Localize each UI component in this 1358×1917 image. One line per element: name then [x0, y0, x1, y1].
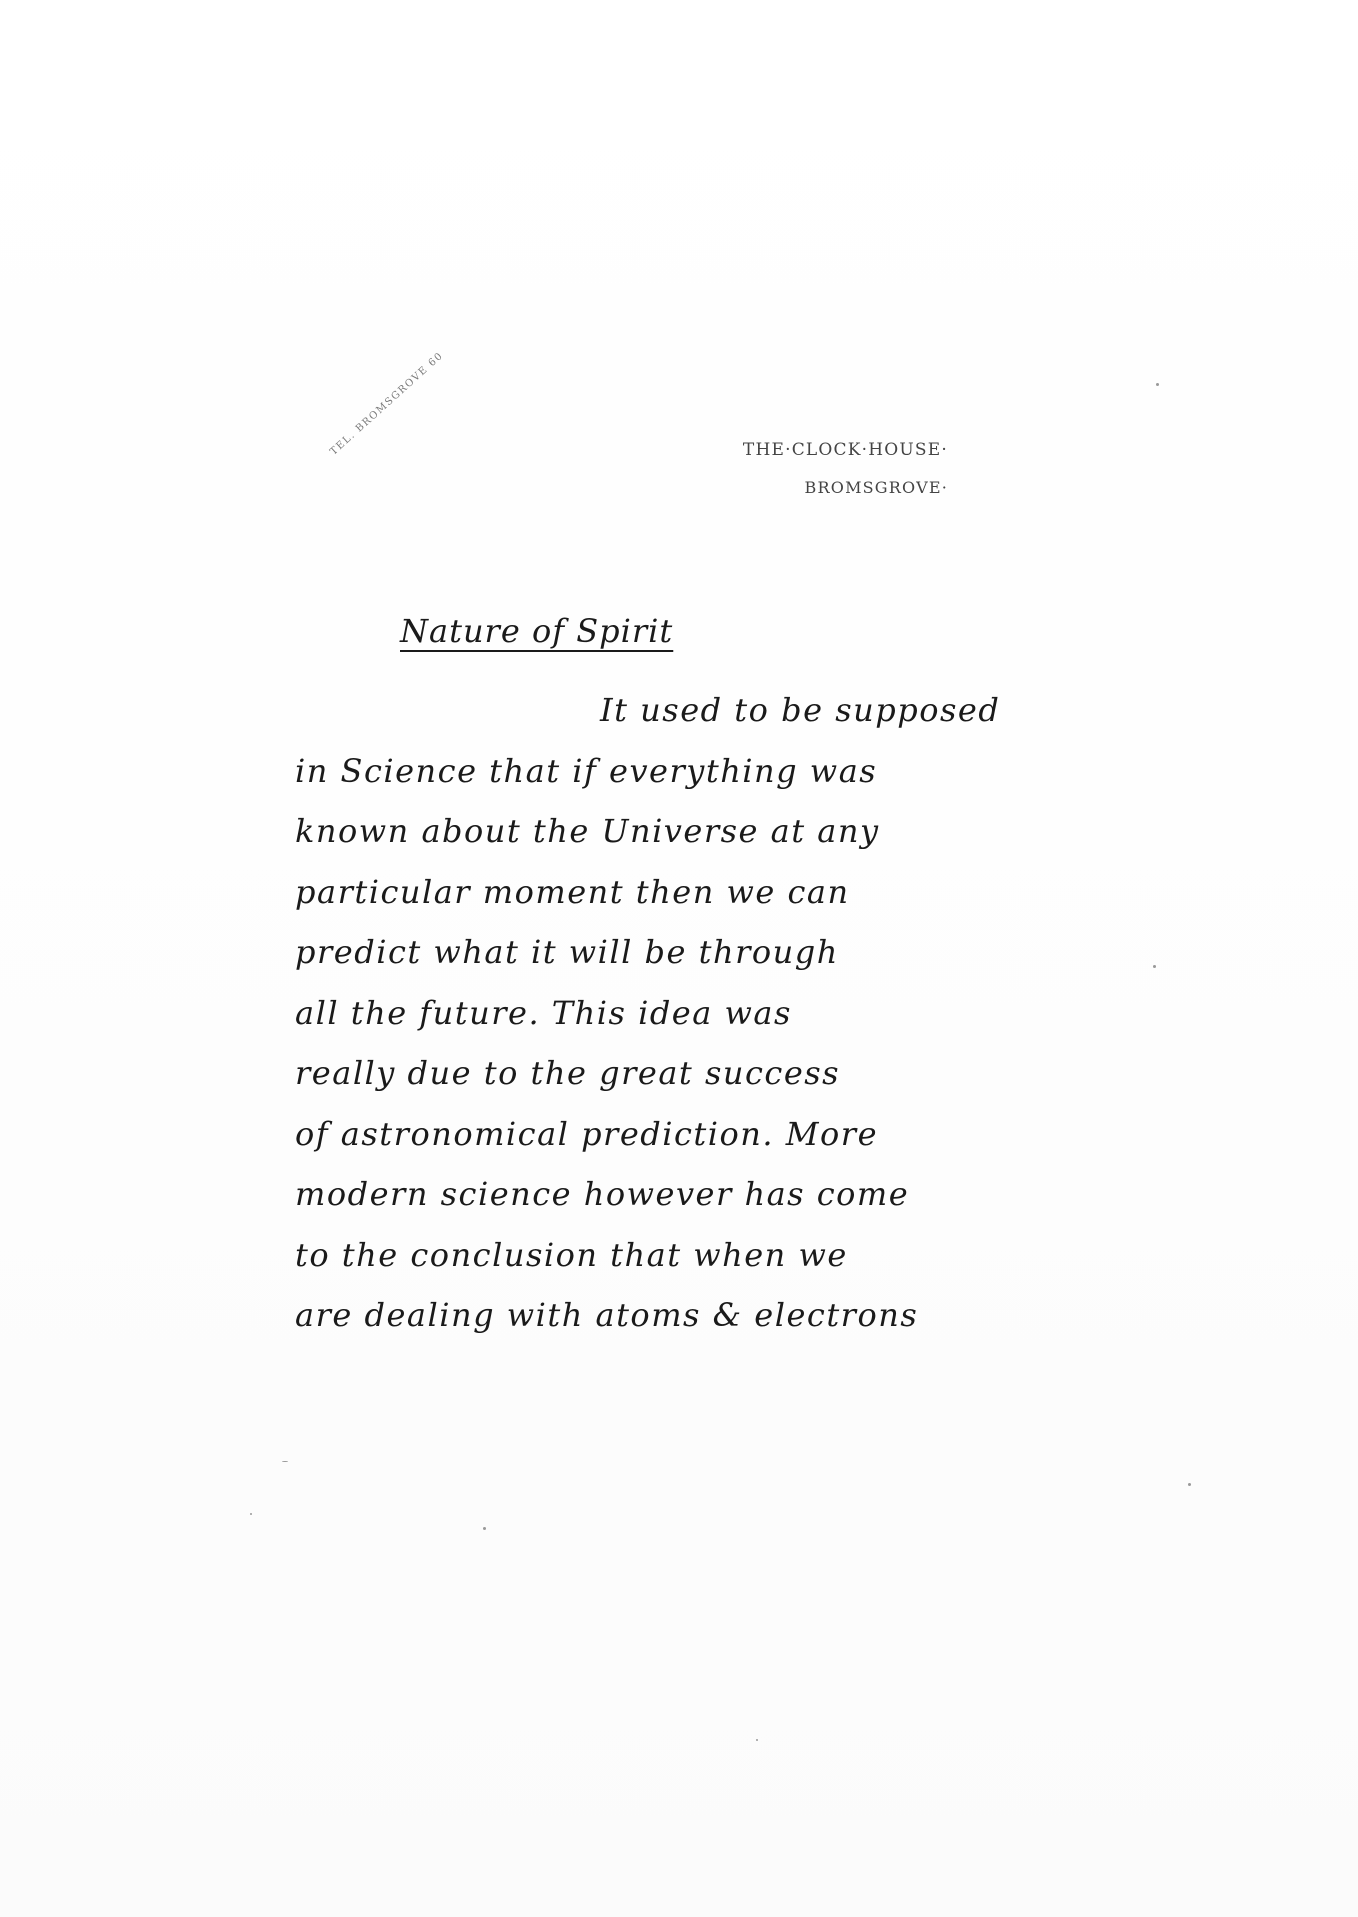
letterhead-town: BROMSGROVE·	[743, 478, 948, 497]
manuscript-line: It used to be supposed	[295, 680, 1035, 741]
paper-speck	[250, 1513, 252, 1515]
letterhead-address: THE·CLOCK·HOUSE· BROMSGROVE·	[743, 440, 948, 497]
paper-speck	[1156, 383, 1159, 386]
paper-speck	[483, 1527, 486, 1530]
manuscript-line: to the conclusion that when we	[295, 1225, 1035, 1286]
manuscript-line: really due to the great success	[295, 1043, 1035, 1104]
paper-speck	[1153, 965, 1156, 968]
letter-page: TEL. BROMSGROVE 60 THE·CLOCK·HOUSE· BROM…	[0, 0, 1358, 1917]
paper-speck	[756, 1739, 758, 1741]
manuscript-line: are dealing with atoms & electrons	[295, 1285, 1035, 1346]
letterhead-house-name: THE·CLOCK·HOUSE·	[743, 440, 948, 460]
telephone-stamp: TEL. BROMSGROVE 60	[328, 350, 445, 457]
paper-speck	[1188, 1483, 1191, 1486]
manuscript-line: all the future. This idea was	[295, 983, 1035, 1044]
manuscript-line: modern science however has come	[295, 1164, 1035, 1225]
manuscript-line: particular moment then we can	[295, 862, 1035, 923]
manuscript-line: predict what it will be through	[295, 922, 1035, 983]
manuscript-line: of astronomical prediction. More	[295, 1104, 1035, 1165]
manuscript-body: It used to be supposed in Science that i…	[295, 680, 1035, 1346]
manuscript-line: in Science that if everything was	[295, 741, 1035, 802]
manuscript-title: Nature of Spirit	[400, 612, 673, 650]
manuscript-line: known about the Universe at any	[295, 801, 1035, 862]
paper-speck	[282, 1461, 288, 1462]
